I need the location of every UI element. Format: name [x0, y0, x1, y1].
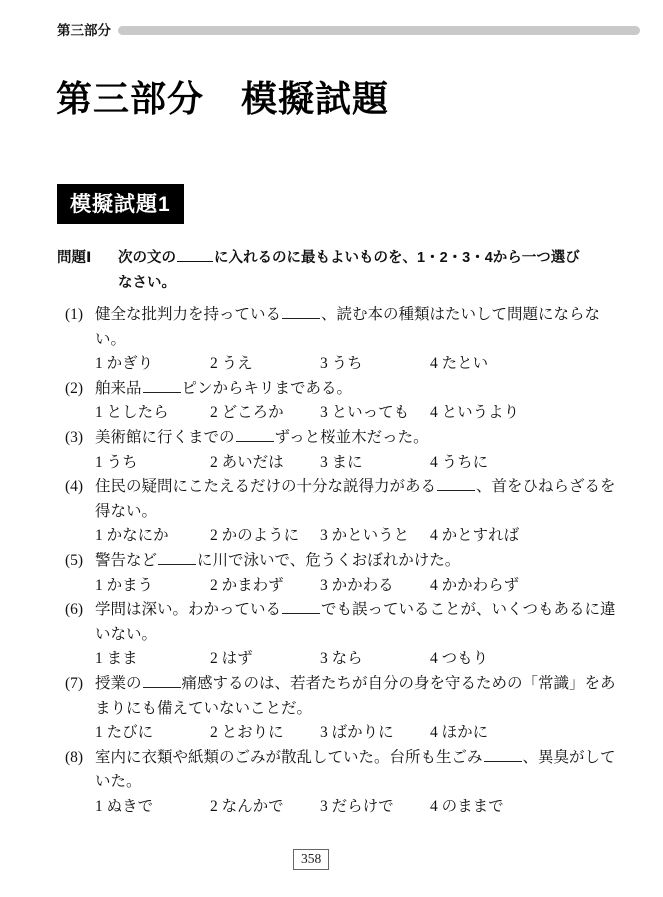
document-page: 第三部分 第三部分 模擬試題 模擬試題1 問題Ⅰ 次の文のに入れるのに最もよいも…	[0, 0, 663, 897]
question-continuation: いない。	[65, 623, 625, 648]
option-row: 1 かまう 2 かまわず 3 かかわる 4 かかわらず	[65, 574, 625, 599]
question-number: (6)	[65, 598, 95, 623]
option: 1 としたら	[95, 401, 210, 426]
option: 1 かなにか	[95, 524, 210, 549]
blank-underline	[236, 426, 274, 442]
question-2: (2) 舶来品ピンからキリまである。 1 としたら 2 どころか 3 といっても…	[65, 377, 625, 426]
question-text-pre: 警告など	[95, 552, 157, 569]
question-3: (3) 美術館に行くまでのずっと桜並木だった。 1 うち 2 あいだは 3 まに…	[65, 426, 625, 475]
question-number: (3)	[65, 426, 95, 451]
section-badge: 模擬試題1	[57, 184, 184, 224]
option: 4 たとい	[430, 352, 625, 377]
question-8: (8) 室内に衣類や紙類のごみが散乱していた。台所も生ごみ、異臭がして いた。 …	[65, 746, 625, 820]
blank-underline	[177, 248, 213, 262]
question-number: (8)	[65, 746, 95, 771]
question-text: 授業の痛感するのは、若者たちが自分の身を守るための「常識」をあ	[95, 672, 625, 697]
question-text-pre: 健全な批判力を持っている	[95, 306, 281, 323]
question-text-post: でも誤っていることが、いくつもあるに違	[321, 601, 616, 618]
option: 2 あいだは	[210, 451, 320, 476]
question-text-pre: 授業の	[95, 675, 142, 692]
option: 3 なら	[320, 647, 430, 672]
option: 2 どころか	[210, 401, 320, 426]
problem-instruction: 問題Ⅰ 次の文のに入れるのに最もよいものを、1・2・3・4から一つ選び なさい。	[57, 246, 617, 296]
question-text-post: 、異臭がして	[523, 749, 616, 766]
question-text-pre: 学問は深い。わかっている	[95, 601, 281, 618]
option: 3 かかわる	[320, 574, 430, 599]
question-text: 警告などに川で泳いで、危うくおぼれかけた。	[95, 549, 625, 574]
question-text: 美術館に行くまでのずっと桜並木だった。	[95, 426, 625, 451]
question-text-post: に川で泳いで、危うくおぼれかけた。	[197, 552, 460, 569]
question-text: 健全な批判力を持っている、読む本の種類はたいして問題にならない。	[95, 303, 625, 352]
option: 3 うち	[320, 352, 430, 377]
question-text: 舶来品ピンからキリまである。	[95, 377, 625, 402]
option: 3 といっても	[320, 401, 430, 426]
question-text-post: 痛感するのは、若者たちが自分の身を守るための「常識」をあ	[182, 675, 616, 692]
option: 3 まに	[320, 451, 430, 476]
option: 4 うちに	[430, 451, 625, 476]
option: 3 ばかりに	[320, 721, 430, 746]
question-continuation: いた。	[65, 770, 625, 795]
blank-underline	[158, 549, 196, 565]
option: 1 かぎり	[95, 352, 210, 377]
option-row: 1 としたら 2 どころか 3 といっても 4 というより	[65, 401, 625, 426]
blank-underline	[143, 672, 181, 688]
option-row: 1 ぬきで 2 なんかで 3 だらけで 4 のままで	[65, 795, 625, 820]
running-header-label: 第三部分	[57, 19, 111, 39]
option: 4 かかわらず	[430, 574, 625, 599]
question-number: (2)	[65, 377, 95, 402]
option-row: 1 たびに 2 とおりに 3 ばかりに 4 ほかに	[65, 721, 625, 746]
option-row: 1 かなにか 2 かのように 3 かというと 4 かとすれば	[65, 524, 625, 549]
option: 2 うえ	[210, 352, 320, 377]
option: 2 かまわず	[210, 574, 320, 599]
option: 1 ぬきで	[95, 795, 210, 820]
option: 4 かとすれば	[430, 524, 625, 549]
blank-underline	[437, 475, 475, 491]
blank-underline	[282, 303, 320, 319]
option: 2 とおりに	[210, 721, 320, 746]
option: 1 かまう	[95, 574, 210, 599]
question-text: 住民の疑問にこたえるだけの十分な説得力がある、首をひねらざるを	[95, 475, 625, 500]
option: 4 つもり	[430, 647, 625, 672]
option-row: 1 うち 2 あいだは 3 まに 4 うちに	[65, 451, 625, 476]
question-continuation: まりにも備えていないことだ。	[65, 697, 625, 722]
option: 3 かというと	[320, 524, 430, 549]
option: 1 たびに	[95, 721, 210, 746]
option: 2 なんかで	[210, 795, 320, 820]
option-row: 1 かぎり 2 うえ 3 うち 4 たとい	[65, 352, 625, 377]
question-text-post: ずっと桜並木だった。	[275, 429, 429, 446]
option-row: 1 まま 2 はず 3 なら 4 つもり	[65, 647, 625, 672]
question-text-pre: 住民の疑問にこたえるだけの十分な説得力がある	[95, 478, 436, 495]
option: 1 うち	[95, 451, 210, 476]
header-rule	[118, 26, 640, 35]
problem-text-line2: なさい。	[118, 275, 176, 291]
page-title: 第三部分 模擬試題	[56, 71, 389, 122]
question-5: (5) 警告などに川で泳いで、危うくおぼれかけた。 1 かまう 2 かまわず 3…	[65, 549, 625, 598]
option: 2 はず	[210, 647, 320, 672]
problem-label: 問題Ⅰ	[57, 246, 118, 296]
question-4: (4) 住民の疑問にこたえるだけの十分な説得力がある、首をひねらざるを 得ない。…	[65, 475, 625, 549]
question-text-pre: 室内に衣類や紙類のごみが散乱していた。台所も生ごみ	[95, 749, 483, 766]
question-number: (7)	[65, 672, 95, 697]
option: 4 のままで	[430, 795, 625, 820]
question-1: (1) 健全な批判力を持っている、読む本の種類はたいして問題にならない。 1 か…	[65, 303, 625, 377]
question-text-pre: 美術館に行くまでの	[95, 429, 235, 446]
question-list: (1) 健全な批判力を持っている、読む本の種類はたいして問題にならない。 1 か…	[65, 303, 625, 819]
question-continuation: 得ない。	[65, 500, 625, 525]
blank-underline	[143, 377, 181, 393]
option: 4 ほかに	[430, 721, 625, 746]
blank-underline	[282, 598, 320, 614]
question-text: 学問は深い。わかっているでも誤っていることが、いくつもあるに違	[95, 598, 625, 623]
question-text-post: 、首をひねらざるを	[476, 478, 616, 495]
blank-underline	[484, 746, 522, 762]
problem-text: 次の文のに入れるのに最もよいものを、1・2・3・4から一つ選び なさい。	[118, 246, 617, 296]
page-number: 358	[293, 849, 329, 870]
question-number: (4)	[65, 475, 95, 500]
question-6: (6) 学問は深い。わかっているでも誤っていることが、いくつもあるに違 いない。…	[65, 598, 625, 672]
question-text-post: ピンからキリまである。	[182, 380, 353, 397]
option: 1 まま	[95, 647, 210, 672]
question-number: (5)	[65, 549, 95, 574]
running-header: 第三部分	[57, 19, 640, 39]
question-text-pre: 舶来品	[95, 380, 142, 397]
question-number: (1)	[65, 303, 95, 352]
question-text: 室内に衣類や紙類のごみが散乱していた。台所も生ごみ、異臭がして	[95, 746, 625, 771]
option: 3 だらけで	[320, 795, 430, 820]
option: 2 かのように	[210, 524, 320, 549]
problem-text-pre: 次の文の	[118, 250, 176, 266]
question-7: (7) 授業の痛感するのは、若者たちが自分の身を守るための「常識」をあ まりにも…	[65, 672, 625, 746]
option: 4 というより	[430, 401, 625, 426]
problem-text-post: に入れるのに最もよいものを、1・2・3・4から一つ選び	[214, 250, 580, 266]
